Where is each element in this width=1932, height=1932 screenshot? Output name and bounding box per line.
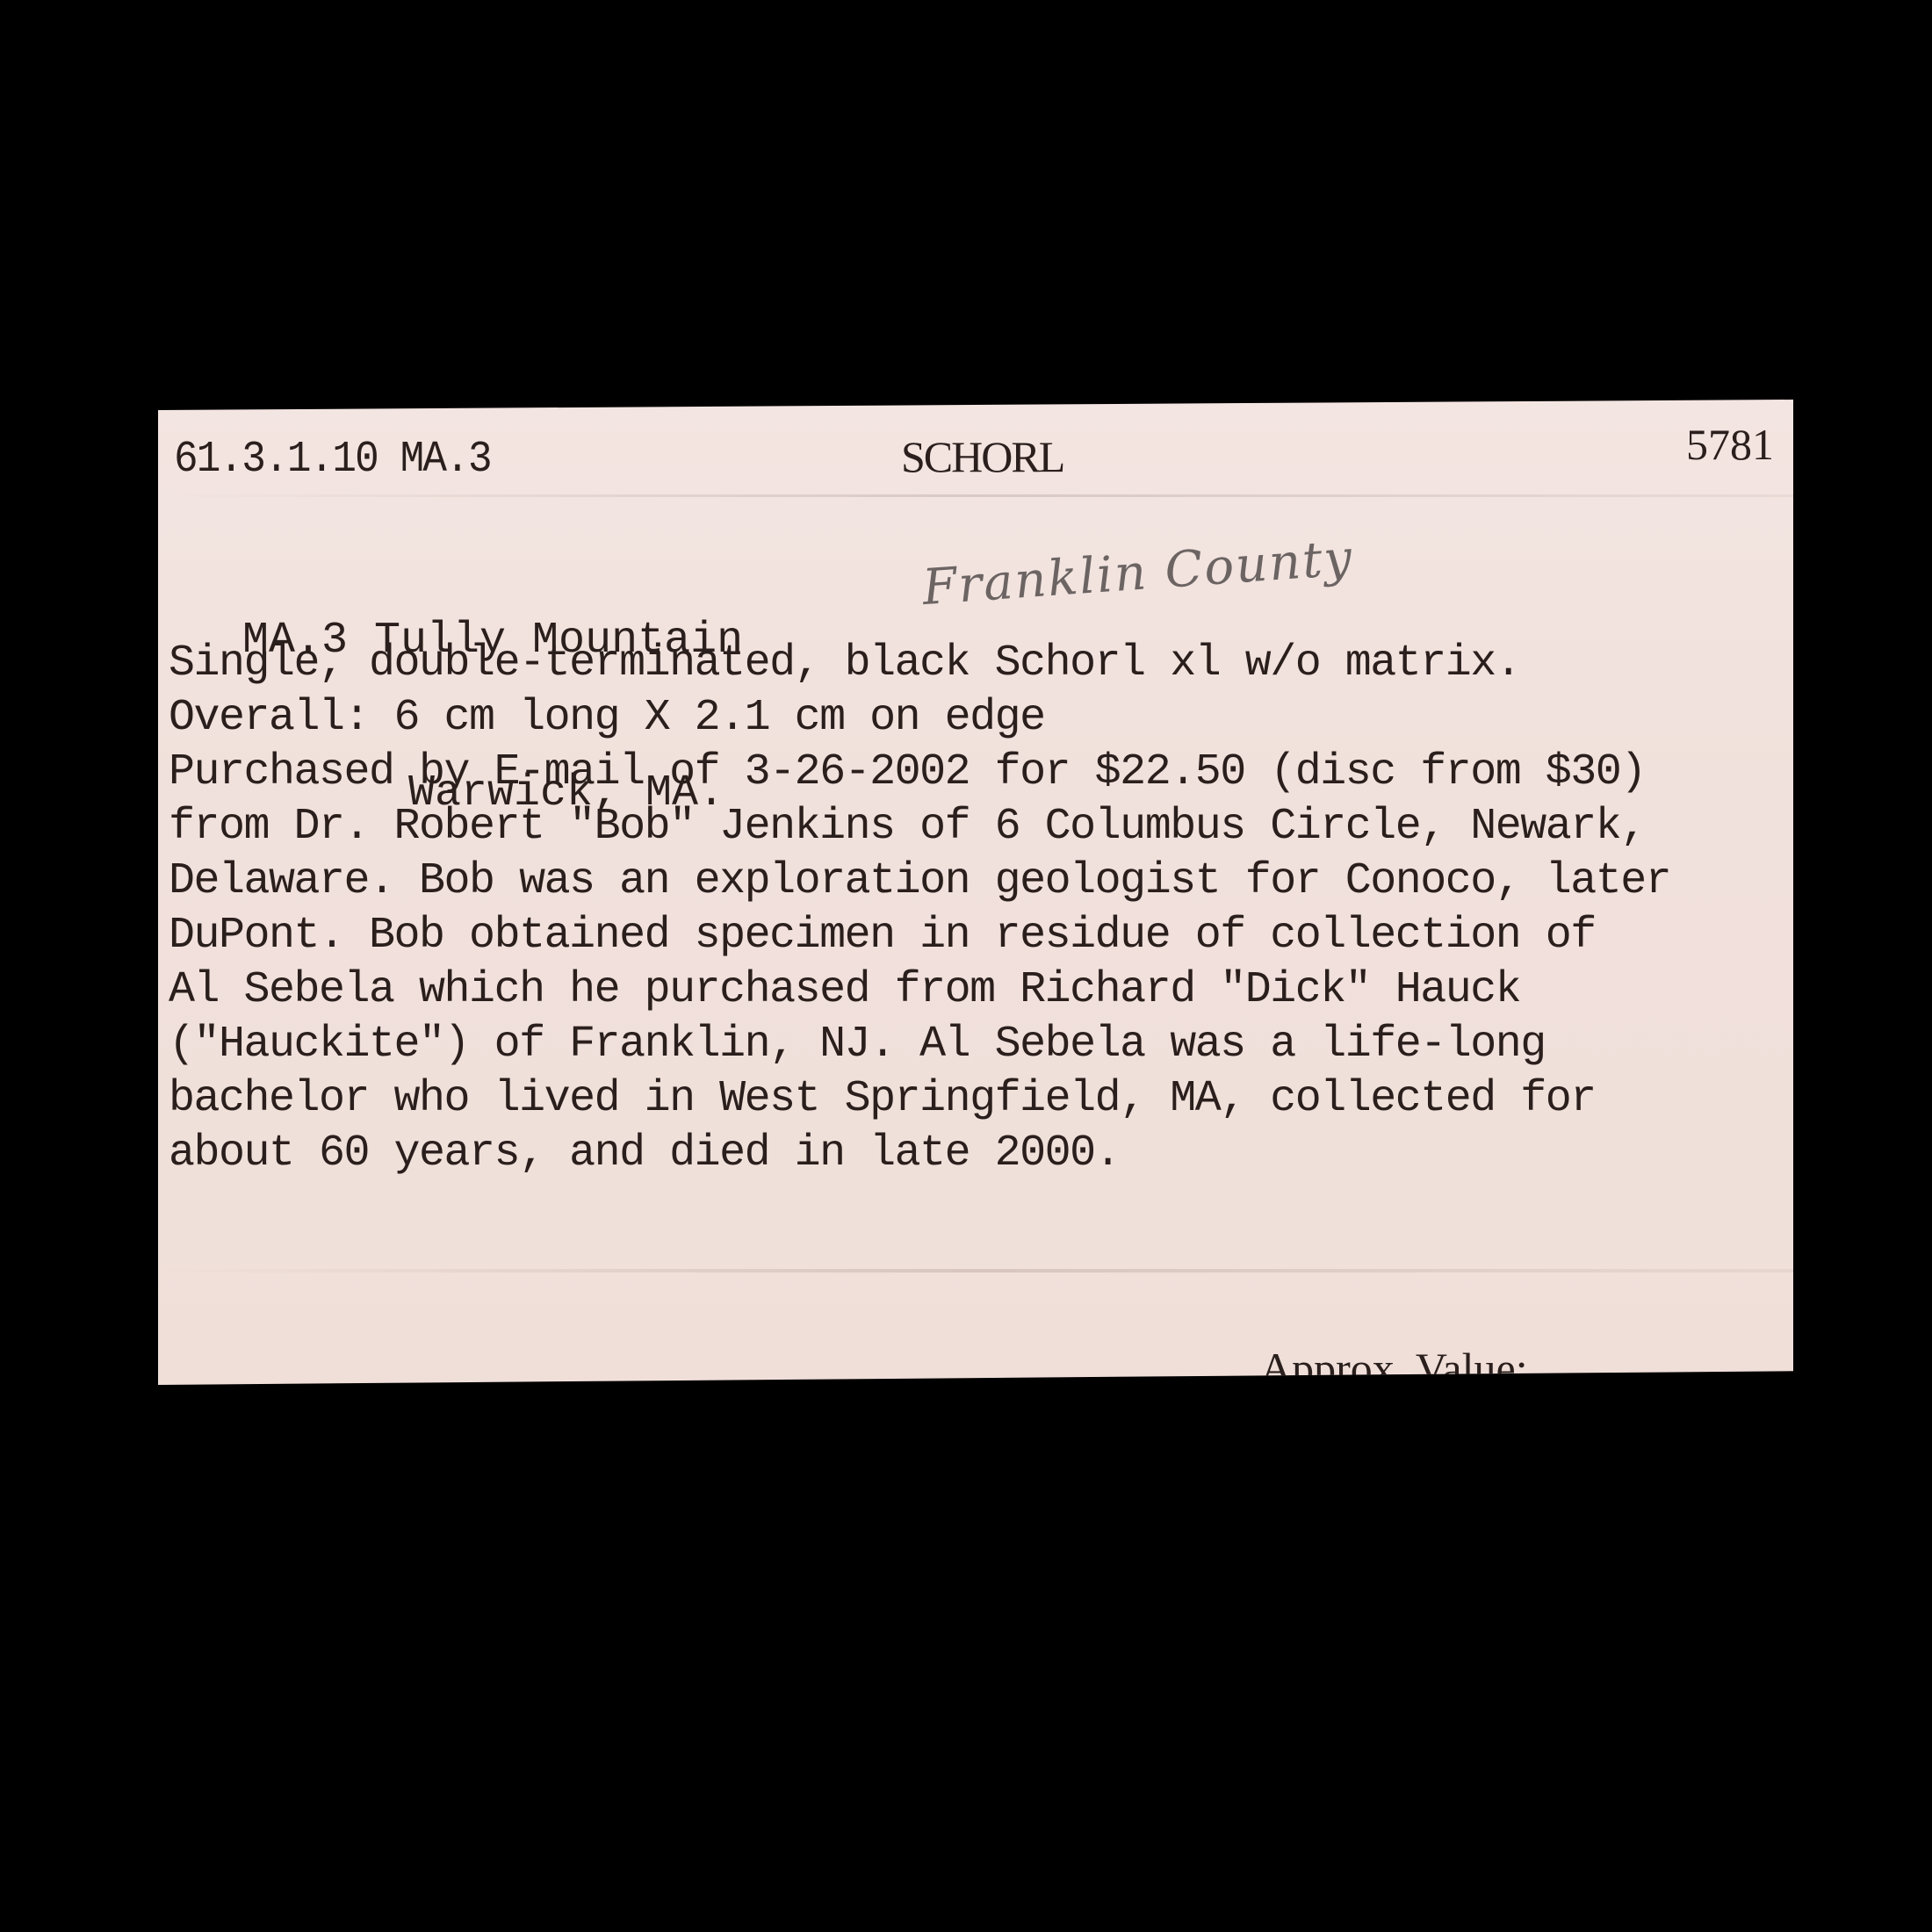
catalog-code: 61.3.1.10 MA.3 bbox=[174, 435, 491, 485]
value-amount: $50.00 bbox=[1260, 1507, 1381, 1556]
handwritten-note: Franklin County bbox=[920, 530, 1355, 616]
value-date: 5-1-2002 bbox=[1414, 1507, 1575, 1556]
description-line: Overall: 6 cm long X 2.1 cm on edge bbox=[169, 691, 1802, 746]
description-line: about 60 years, and died in late 2000. bbox=[169, 1127, 1802, 1181]
mineral-name: SCHORL bbox=[901, 431, 1063, 482]
approx-value: Approx. Value: $50.00 5-1-2002 bbox=[1260, 1232, 1575, 1668]
specimen-label-card: 61.3.1.10 MA.3 SCHORL 5781 MA.3 Tully Mo… bbox=[158, 400, 1793, 1385]
description: Single, double-terminated, black Schorl … bbox=[169, 637, 1802, 1181]
description-line: ("Hauckite") of Franklin, NJ. Al Sebela … bbox=[169, 1018, 1802, 1072]
value-label: Approx. Value: bbox=[1260, 1341, 1575, 1395]
fold-line-top bbox=[158, 494, 1793, 497]
description-line: bachelor who lived in West Springfield, … bbox=[169, 1072, 1802, 1127]
description-line: Al Sebela which he purchased from Richar… bbox=[169, 963, 1802, 1018]
description-line: Delaware. Bob was an exploration geologi… bbox=[169, 854, 1802, 909]
description-line: Purchased by E-mail of 3-26-2002 for $22… bbox=[169, 746, 1802, 800]
description-line: Single, double-terminated, black Schorl … bbox=[169, 637, 1802, 691]
description-line: DuPont. Bob obtained specimen in residue… bbox=[169, 909, 1802, 963]
description-line: from Dr. Robert "Bob" Jenkins of 6 Colum… bbox=[169, 800, 1802, 854]
specimen-number: 5781 bbox=[1686, 419, 1774, 470]
value-row: $50.00 5-1-2002 bbox=[1260, 1504, 1575, 1559]
